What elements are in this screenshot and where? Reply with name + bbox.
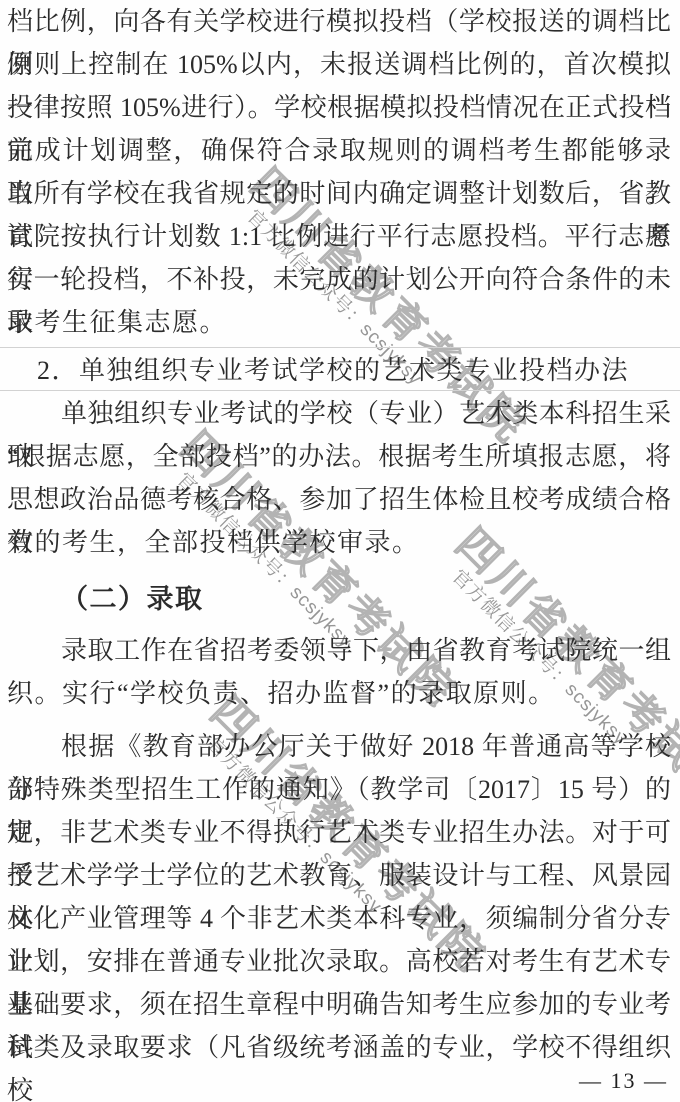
text-line: （二）录取 [7,578,671,621]
text-line: 织。实行“学校负责、招办监督”的录取原则。 [7,672,671,715]
text-line: 原则上控制在 105%以内，未报送调档比例的，首次模拟投档 [7,43,671,86]
page-number: — 13 — [579,1068,668,1094]
text-line: “根据志愿，全部投档”的办法。根据考生所填报志愿，将 [7,435,671,478]
text-line: 文化产业管理等 4 个非艺术类本科专业，须编制分省分专业 [7,897,671,940]
text-line: 档比例，向各有关学校进行模拟投档（学校报送的调档比例 [7,0,671,43]
text-line: 基础要求，须在招生章程中明确告知考生应参加的专业考试 [7,983,671,1026]
text-line: 试院按执行计划数 1:1 比例进行平行志愿投档。平行志愿实 [7,215,671,258]
text-line: 录取工作在省招考委领导下，由省教育考试院统一组 [7,629,671,672]
text-line: 思想政治品德考核合格、参加了招生体检且校考成绩合格有 [7,478,671,521]
scanned-document-page: 四川省教育考试院 官方微信公众号：scsjyksy 四川省教育考试院 官方微信公… [0,0,680,1102]
text-line: 计划，安排在普通专业批次录取。高校若对考生有艺术专业 [7,940,671,983]
text-line: 根据《教育部办公厅关于做好 2018 年普通高等学校部 [7,725,671,768]
text-line: 一律按照 105%进行）。学校根据模拟投档情况在正式投档前 [7,86,671,129]
text-line: 予艺术学学士学位的艺术教育、服装设计与工程、风景园林、 [7,854,671,897]
text-line: 效的考生，全部投档供学校审录。 [7,521,671,564]
text-line: 分特殊类型招生工作的通知》（教学司〔2017〕15 号）的规 [7,768,671,811]
document-body-text: 档比例，向各有关学校进行模拟投档（学校报送的调档比例原则上控制在 105%以内，… [7,0,671,1069]
text-line: 取考生征集志愿。 [7,301,671,344]
text-line: 2．单独组织专业考试学校的艺术类专业投档办法 [7,349,671,392]
text-line: 定，非艺术类专业不得执行艺术类专业招生办法。对于可授 [7,811,671,854]
text-line: 行一轮投档，不补投，未完成的计划公开向符合条件的未录 [7,258,671,301]
text-line: 科类及录取要求（凡省级统考涵盖的专业，学校不得组织校 [7,1026,671,1069]
text-line: 完成计划调整，确保符合录取规则的调档考生都能够录取。 [7,129,671,172]
text-line: 当所有学校在我省规定的时间内确定调整计划数后，省教育考 [7,172,671,215]
text-line: 单独组织专业考试的学校（专业）艺术类本科招生采取 [7,392,671,435]
